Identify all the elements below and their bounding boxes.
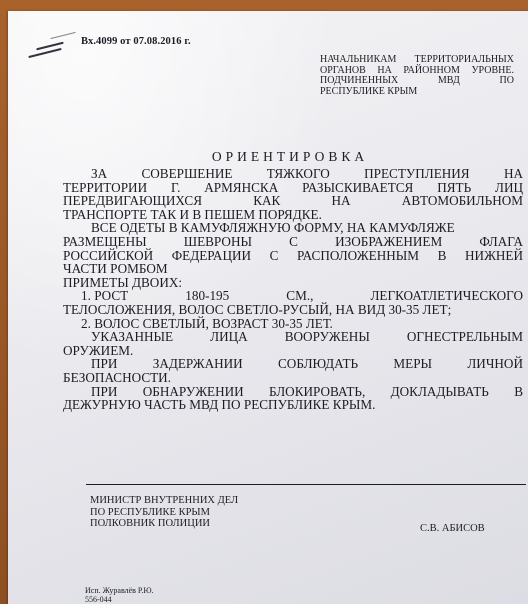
body-word: 2. ВОЛОС СВЕТЛЫЙ, ВОЗРАСТ 30-35 ЛЕТ. [81, 317, 333, 331]
body-word: ФЕДЕРАЦИИ [172, 249, 251, 263]
document-body: ЗАСОВЕРШЕНИЕТЯЖКОГОПРЕСТУПЛЕНИЯНАТЕРРИТО… [63, 167, 523, 412]
body-line: ДЕЖУРНУЮ ЧАСТЬ МВД ПО РЕСПУБЛИКЕ КРЫМ. [63, 398, 523, 412]
body-word: ЛИЦА [210, 330, 248, 344]
body-word: В [514, 385, 523, 399]
horizontal-divider [86, 484, 526, 485]
incoming-reference-number: Вх.4099 от 07.08.2016 г. [81, 36, 191, 47]
body-word: НА [332, 194, 351, 208]
addressee-word: ПОДЧИНЕННЫХ [320, 76, 398, 87]
body-word: ИЗОБРАЖЕНИЕМ [335, 235, 442, 249]
body-word: РАЗМЕЩЕНЫ [63, 235, 147, 249]
body-word: БЕЗОПАСНОСТИ. [63, 371, 171, 385]
body-word: 180-195 [185, 289, 229, 303]
body-line: ЗАСОВЕРШЕНИЕТЯЖКОГОПРЕСТУПЛЕНИЯНА [63, 167, 523, 181]
body-word: ОГНЕСТРЕЛЬНЫМ [407, 330, 523, 344]
body-word: ПЕРЕДВИГАЮЩИХСЯ [63, 194, 202, 208]
body-line: ОРУЖИЕМ. [63, 344, 523, 358]
signer-position-line: МИНИСТР ВНУТРЕННИХ ДЕЛ [90, 495, 238, 507]
body-word: РАЗЫСКИВАЕТСЯ [302, 181, 413, 195]
body-line: РАЗМЕЩЕНЫШЕВРОНЫСИЗОБРАЖЕНИЕМФЛАГА [63, 235, 523, 249]
body-word: ПРЕСТУПЛЕНИЯ [364, 167, 469, 181]
body-line: ПРИЗАДЕРЖАНИИСОБЛЮДАТЬМЕРЫЛИЧНОЙ [63, 357, 523, 371]
body-line: РОССИЙСКОЙФЕДЕРАЦИИСРАСПОЛОЖЕННЫМВНИЖНЕЙ [63, 249, 523, 263]
body-line: БЕЗОПАСНОСТИ. [63, 371, 523, 385]
body-word: ПРИМЕТЫ ДВОИХ: [63, 276, 182, 290]
signer-position: МИНИСТР ВНУТРЕННИХ ДЕЛ ПО РЕСПУБЛИКЕ КРЫ… [90, 495, 238, 530]
body-word: УКАЗАННЫЕ [91, 330, 173, 344]
addressee-line: НАЧАЛЬНИКАМТЕРРИТОРИАЛЬНЫХ [320, 55, 514, 66]
body-word: ЗА [91, 167, 107, 181]
addressee-word: НАЧАЛЬНИКАМ [320, 55, 396, 66]
executor-block: Исп. Журавлёв Р.Ю. 556-044 [85, 586, 154, 604]
body-word: МЕРЫ [393, 357, 432, 371]
body-word: ЗАДЕРЖАНИИ [153, 357, 243, 371]
body-line: ТЕЛОСЛОЖЕНИЯ, ВОЛОС СВЕТЛО-РУСЫЙ, НА ВИД… [63, 303, 523, 317]
body-word: ТЯЖКОГО [267, 167, 330, 181]
body-word: Г. [171, 181, 180, 195]
signer-position-line: ПО РЕСПУБЛИКЕ КРЫМ [90, 507, 238, 519]
addressee-word: РЕСПУБЛИКЕ КРЫМ [320, 87, 417, 98]
addressee-block: НАЧАЛЬНИКАМТЕРРИТОРИАЛЬНЫХОРГАНОВНАРАЙОН… [320, 55, 514, 97]
body-line: ПЕРЕДВИГАЮЩИХСЯКАКНААВТОМОБИЛЬНОМ [63, 194, 523, 208]
body-word: ЛИЧНОЙ [467, 357, 523, 371]
body-word: С [289, 235, 298, 249]
body-word: НИЖНЕЙ [465, 249, 523, 263]
body-word: АРМЯНСКА [204, 181, 278, 195]
body-word: ЛЕГКОАТЛЕТИЧЕСКОГО [370, 289, 523, 303]
body-word: РАСПОЛОЖЕННЫМ [297, 249, 419, 263]
body-word: ШЕВРОНЫ [184, 235, 252, 249]
body-line: ЧАСТИ РОМБОМ [63, 262, 523, 276]
body-word: ПРИ [91, 385, 117, 399]
addressee-word: ТЕРРИТОРИАЛЬНЫХ [415, 55, 514, 66]
body-word: ЛИЦ [495, 181, 523, 195]
handwritten-pen-marks [28, 35, 78, 65]
body-word: ДОКЛАДЫВАТЬ [391, 385, 489, 399]
body-word: СОБЛЮДАТЬ [278, 357, 358, 371]
addressee-line: ПОДЧИНЕННЫХМВДПО [320, 76, 514, 87]
executor-name: Исп. Журавлёв Р.Ю. [85, 586, 154, 595]
body-word: ВООРУЖЕНЫ [285, 330, 370, 344]
body-word: КАК [253, 194, 280, 208]
body-word: НА [504, 167, 523, 181]
addressee-word: ПО [500, 76, 514, 87]
body-line: ТРАНСПОРТЕ ТАК И В ПЕШЕМ ПОРЯДКЕ. [63, 208, 523, 222]
body-word: АВТОМОБИЛЬНОМ [402, 194, 523, 208]
body-line: ПРИОБНАРУЖЕНИИБЛОКИРОВАТЬ,ДОКЛАДЫВАТЬВ [63, 385, 523, 399]
body-word: ПЯТЬ [437, 181, 471, 195]
body-line: 2. ВОЛОС СВЕТЛЫЙ, ВОЗРАСТ 30-35 ЛЕТ. [63, 317, 523, 331]
addressee-line: РЕСПУБЛИКЕ КРЫМ [320, 87, 514, 98]
body-word: 1. РОСТ [81, 289, 128, 303]
body-word: ОБНАРУЖЕНИИ [143, 385, 244, 399]
addressee-word: МВД [438, 76, 460, 87]
body-word: ДЕЖУРНУЮ ЧАСТЬ МВД ПО РЕСПУБЛИКЕ КРЫМ. [63, 398, 375, 412]
signer-name: С.В. АБИСОВ [420, 523, 485, 534]
body-line: 1. РОСТ180-195СМ.,ЛЕГКОАТЛЕТИЧЕСКОГО [63, 289, 523, 303]
body-word: С [270, 249, 279, 263]
document-page: Вх.4099 от 07.08.2016 г. НАЧАЛЬНИКАМТЕРР… [8, 11, 528, 604]
body-line: ТЕРРИТОРИИГ.АРМЯНСКАРАЗЫСКИВАЕТСЯПЯТЬЛИЦ [63, 181, 523, 195]
body-word: В [438, 249, 447, 263]
body-line: УКАЗАННЫЕЛИЦАВООРУЖЕНЫОГНЕСТРЕЛЬНЫМ [63, 330, 523, 344]
body-word: ОРУЖИЕМ. [63, 344, 133, 358]
signer-position-line: ПОЛКОВНИК ПОЛИЦИИ [90, 518, 238, 530]
body-word: ТЕЛОСЛОЖЕНИЯ, ВОЛОС СВЕТЛО-РУСЫЙ, НА ВИД… [63, 303, 451, 317]
body-word: СОВЕРШЕНИЕ [141, 167, 232, 181]
body-word: ТЕРРИТОРИИ [63, 181, 147, 195]
body-word: РОССИЙСКОЙ [63, 249, 153, 263]
body-word: ПРИ [91, 357, 117, 371]
body-word: ЧАСТИ РОМБОМ [63, 262, 168, 276]
body-word: БЛОКИРОВАТЬ, [269, 385, 365, 399]
body-word: ВСЕ ОДЕТЫ В КАМУФЛЯЖНУЮ ФОРМУ, НА КАМУФЛ… [91, 221, 455, 235]
executor-phone: 556-044 [85, 595, 154, 604]
body-line: ПРИМЕТЫ ДВОИХ: [63, 276, 523, 290]
body-word: ТРАНСПОРТЕ ТАК И В ПЕШЕМ ПОРЯДКЕ. [63, 208, 322, 222]
document-title: ОРИЕНТИРОВКА [8, 149, 528, 165]
body-line: ВСЕ ОДЕТЫ В КАМУФЛЯЖНУЮ ФОРМУ, НА КАМУФЛ… [63, 221, 523, 235]
body-word: ФЛАГА [479, 235, 523, 249]
body-word: СМ., [286, 289, 313, 303]
